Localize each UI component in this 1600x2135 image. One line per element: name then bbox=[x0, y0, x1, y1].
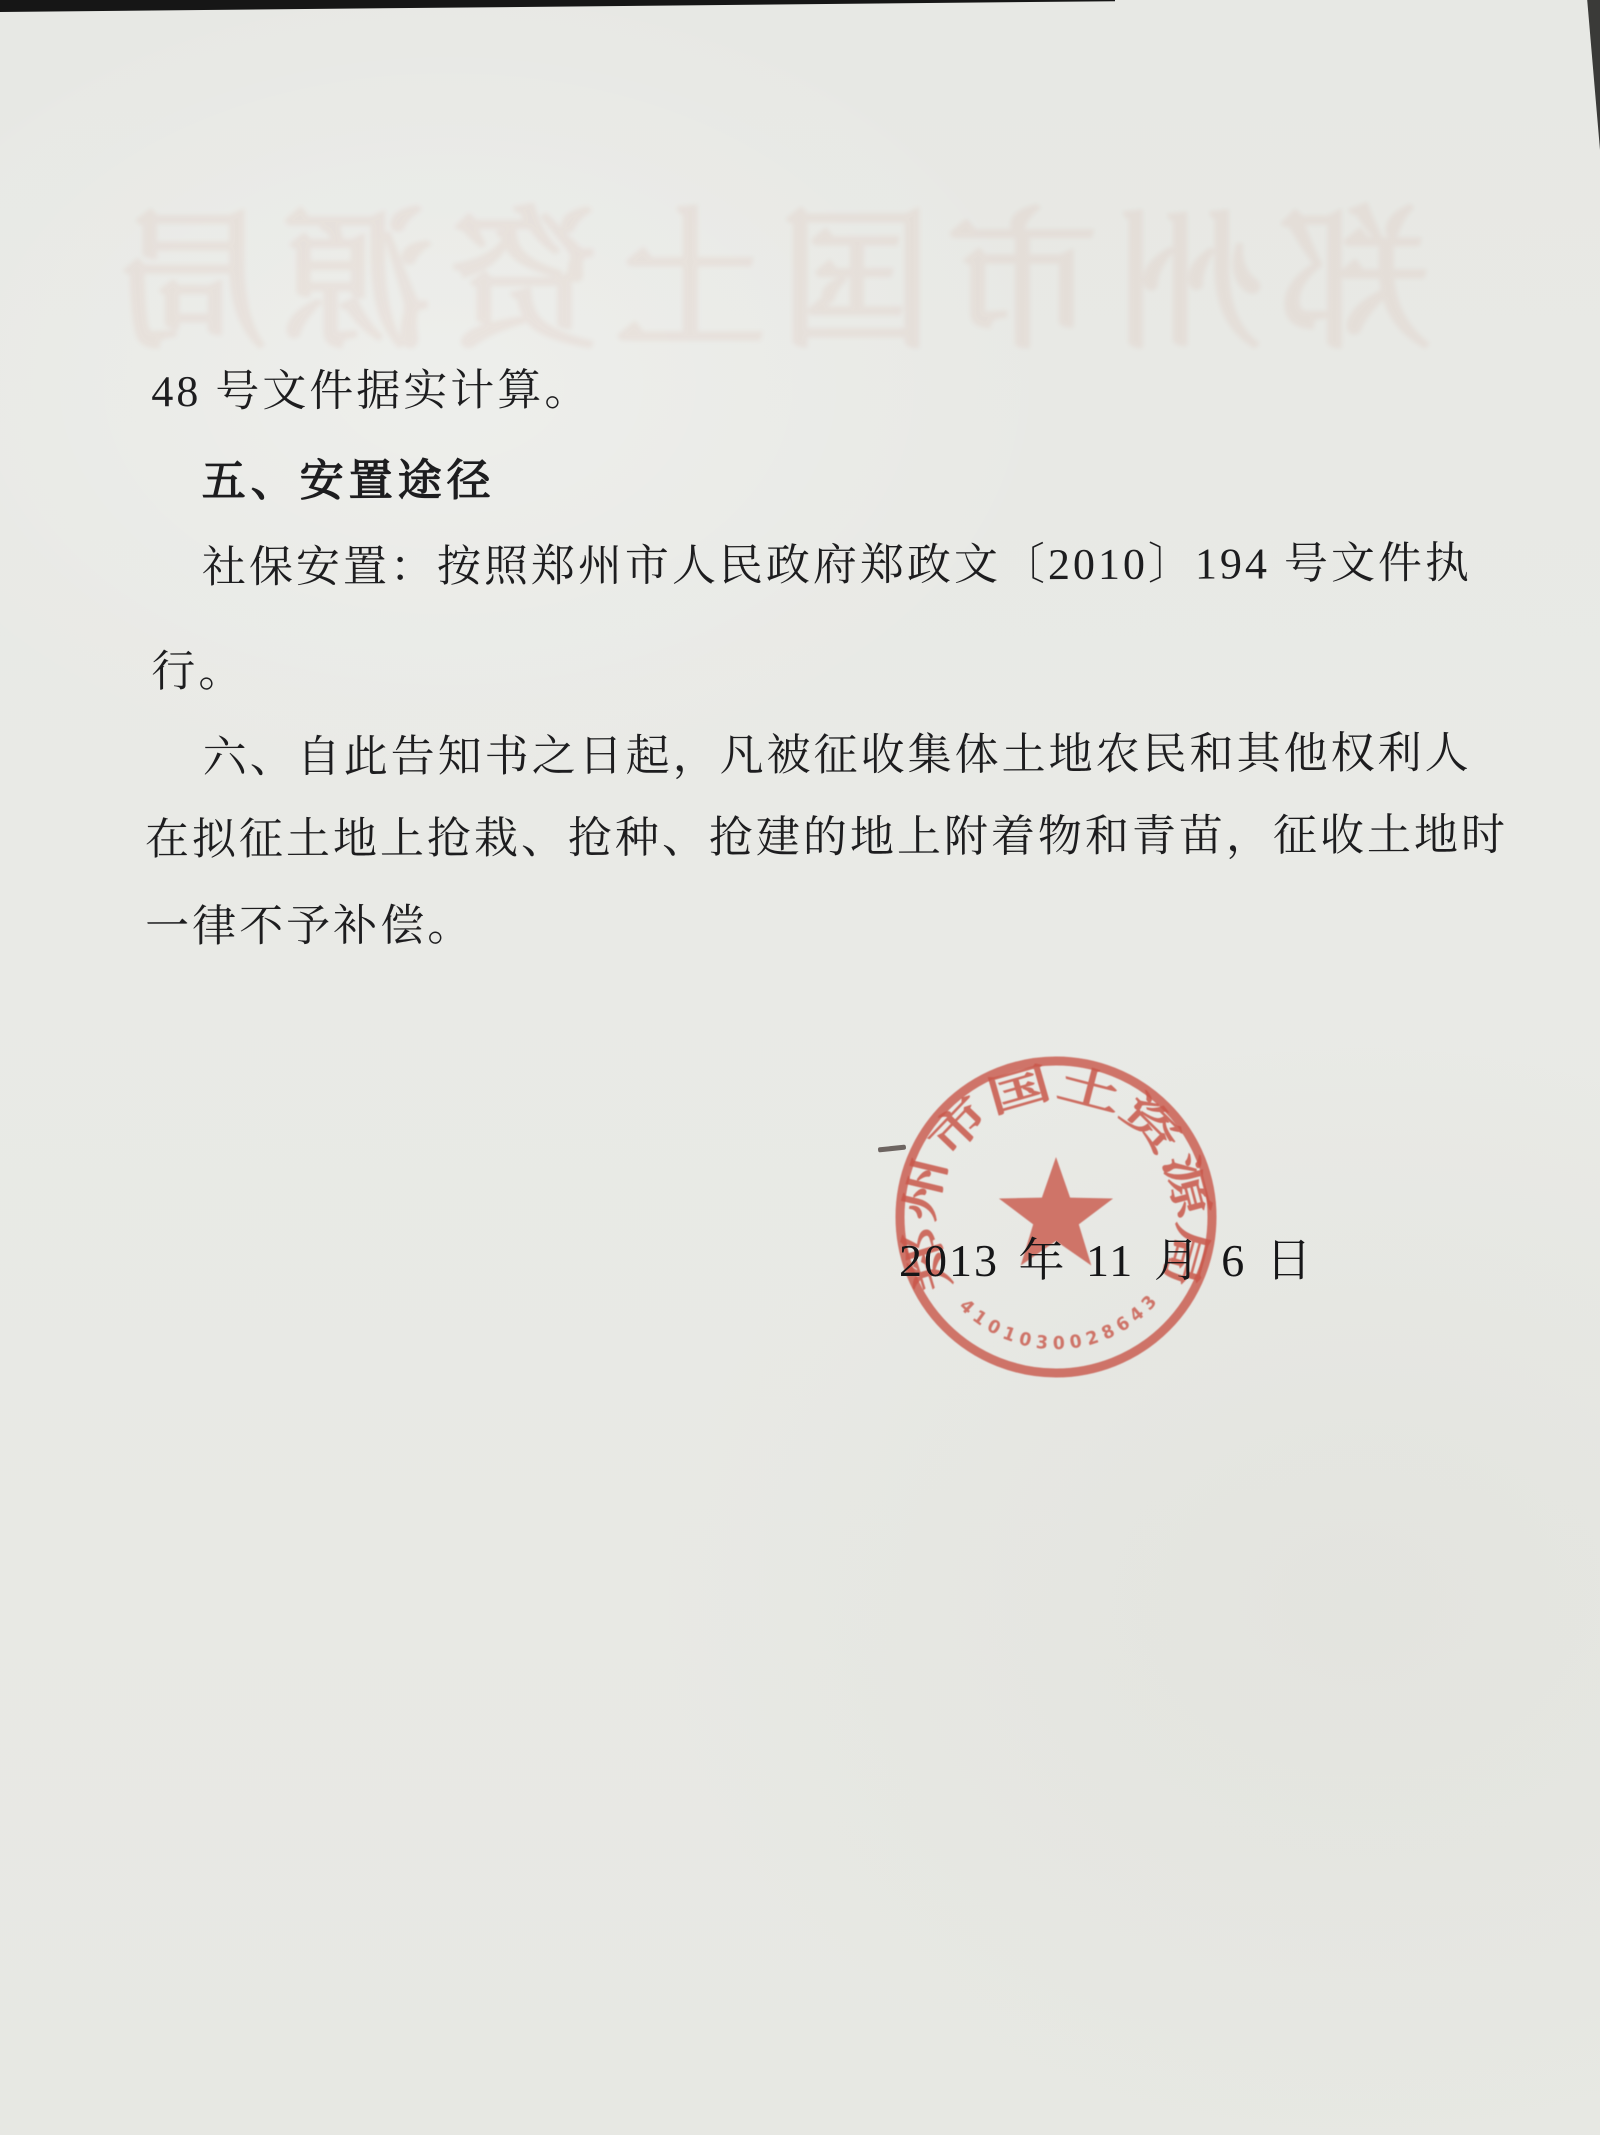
body-line: 一律不予补偿。 bbox=[145, 889, 474, 954]
scanned-document-page: 郑州市国土资源局 48 号文件据实计算。 五、安置途径 社保安置：按照郑州市人民… bbox=[0, 0, 1600, 2135]
body-line: 在拟征土地上抢栽、抢种、抢建的地上附着物和青苗，征收土地时 bbox=[145, 799, 1508, 868]
seal-serial-text: 4101030028643 bbox=[955, 1287, 1165, 1354]
scan-edge-artifact-corner bbox=[1584, 0, 1600, 150]
scan-edge-artifact-top bbox=[0, 0, 1115, 12]
body-line: 48 号文件据实计算。 bbox=[151, 354, 591, 420]
section-heading: 五、安置途径 bbox=[202, 444, 496, 509]
seal-serial-number: 4101030028643 bbox=[955, 1287, 1165, 1354]
body-line: 行。 bbox=[151, 635, 245, 699]
date-line: 2013 年 11 月 6 日 bbox=[899, 1224, 1314, 1290]
body-line: 六、自此告知书之日起，凡被征收集体土地农民和其他权利人 bbox=[203, 717, 1472, 785]
bleedthrough-watermark: 郑州市国土资源局 bbox=[150, 160, 1430, 340]
body-line: 社保安置：按照郑州市人民政府郑政文〔2010〕194 号文件执 bbox=[202, 527, 1472, 595]
official-red-seal: 郑州市国土资源局 4101030028643 bbox=[886, 1043, 1226, 1388]
